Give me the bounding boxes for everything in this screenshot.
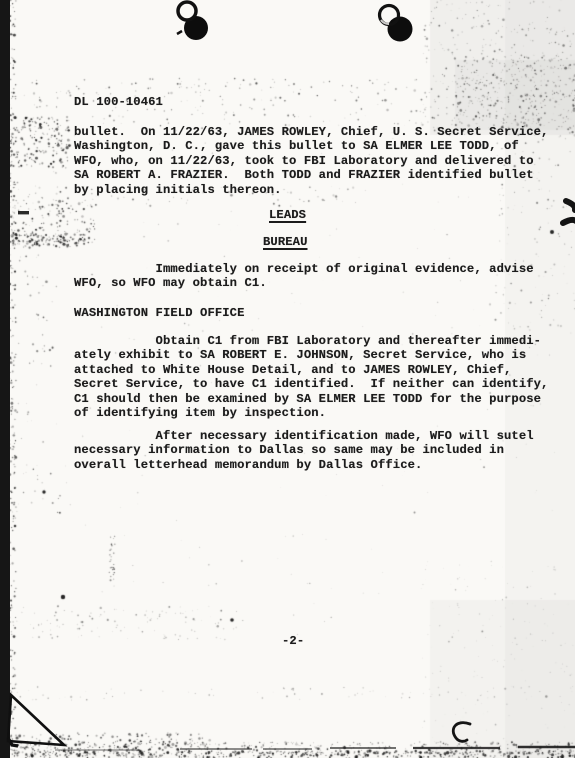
washington-field-office-heading: WASHINGTON FIELD OFFICE <box>74 306 245 320</box>
wfo-paragraph-1: Obtain C1 from FBI Laboratory and therea… <box>74 334 548 420</box>
hole-punch-mark-left <box>177 2 208 40</box>
bureau-paragraph: Immediately on receipt of original evide… <box>74 262 534 291</box>
scanned-document-page: DL 100-10461 bullet. On 11/22/63, JAMES … <box>0 0 575 758</box>
hole-punch-mark-right <box>380 6 413 42</box>
handwritten-c-mark <box>453 723 470 742</box>
corner-triangle-mark <box>8 695 64 746</box>
bottom-scan-line <box>55 747 575 750</box>
file-number: DL 100-10461 <box>74 95 163 109</box>
evidence-paragraph: bullet. On 11/22/63, JAMES ROWLEY, Chief… <box>74 125 548 197</box>
leads-heading: LEADS <box>269 208 306 222</box>
bureau-heading: BUREAU <box>263 235 307 249</box>
margin-dash-mark <box>18 211 29 214</box>
wfo-paragraph-2: After necessary identification made, WFO… <box>74 429 534 472</box>
page-number: -2- <box>282 634 304 648</box>
right-edge-ink-mark <box>563 201 575 223</box>
